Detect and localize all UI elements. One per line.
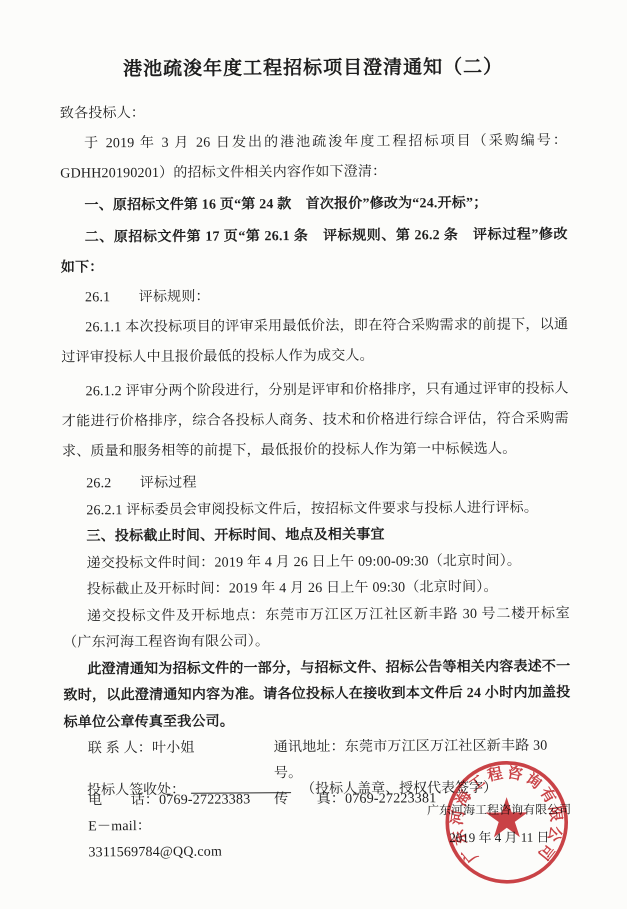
clause-26-2-1: 26.2.1 评标委员会审阅投标文件后，按招标文件要求与投标人进行评标。 [62,495,569,525]
clause-26-1-heading: 26.1 评标规则： [61,280,568,313]
deadline-time-line: 投标截止及开标时间：2019 年 4 月 26 日上午 09:30（北京时间）。 [63,574,570,604]
intro-paragraph: 于 2019 年 3 月 26 日发出的港池疏浚年度工程招标项目（采购编号：GD… [60,126,567,189]
document-sheet: 港池疏浚年度工程招标项目澄清通知（二） 致各投标人： 于 2019 年 3 月 … [0,0,627,909]
contact-email: E－mail：3311569784@QQ.com [88,813,274,866]
clause-26-1-2: 26.1.2 评审分两个阶段进行，分别是评审和价格排序，只有通过评审的投标人才能… [62,374,570,467]
document-content: 港池疏浚年度工程招标项目澄清通知（二） 致各投标人： 于 2019 年 3 月 … [0,0,627,867]
signature-row: 投标人签收处：（投标人盖章、授权代表签字） [87,778,497,802]
scanned-document-page: 港池疏浚年度工程招标项目澄清通知（二） 致各投标人： 于 2019 年 3 月 … [0,0,627,909]
clause-26-2-heading: 26.2 评标过程 [62,468,569,498]
location-line: 递交投标文件及开标地点：东莞市万江区万江社区新丰路 30 号二楼开标室（广东河海… [63,601,570,657]
document-title: 港池疏浚年度工程招标项目澄清通知（二） [60,54,567,83]
clarification-item-2: 二、原招标文件第 17 页“第 26.1 条 评标规则、第 26.2 条 评标过… [61,220,568,283]
salutation: 致各投标人： [60,96,567,129]
submit-time-line: 递交投标文件时间：2019 年 4 月 26 日上午 09:00-09:30（北… [63,548,570,578]
clause-26-1-1: 26.1.1 本次投标项目的评审采用最低价法，即在符合采购需求的前提下，以通过评… [61,310,568,373]
clarification-item-3: 三、投标截止时间、开标时间、地点及相关事宜 [62,521,569,551]
seal-star-icon [486,797,528,837]
signature-blank-line [191,779,291,794]
notice-paragraph: 此澄清通知为招标文件的一部分，与招标文件、招标公告等相关内容表述不一致时，以此澄… [63,654,570,737]
company-seal-stamp: 广东河海工程咨询有限公司 [441,756,573,888]
signature-label: 投标人签收处： [87,783,185,799]
clarification-item-1: 一、原招标文件第 16 页“第 24 款 首次报价”修改为“24.开标”； [60,188,567,221]
